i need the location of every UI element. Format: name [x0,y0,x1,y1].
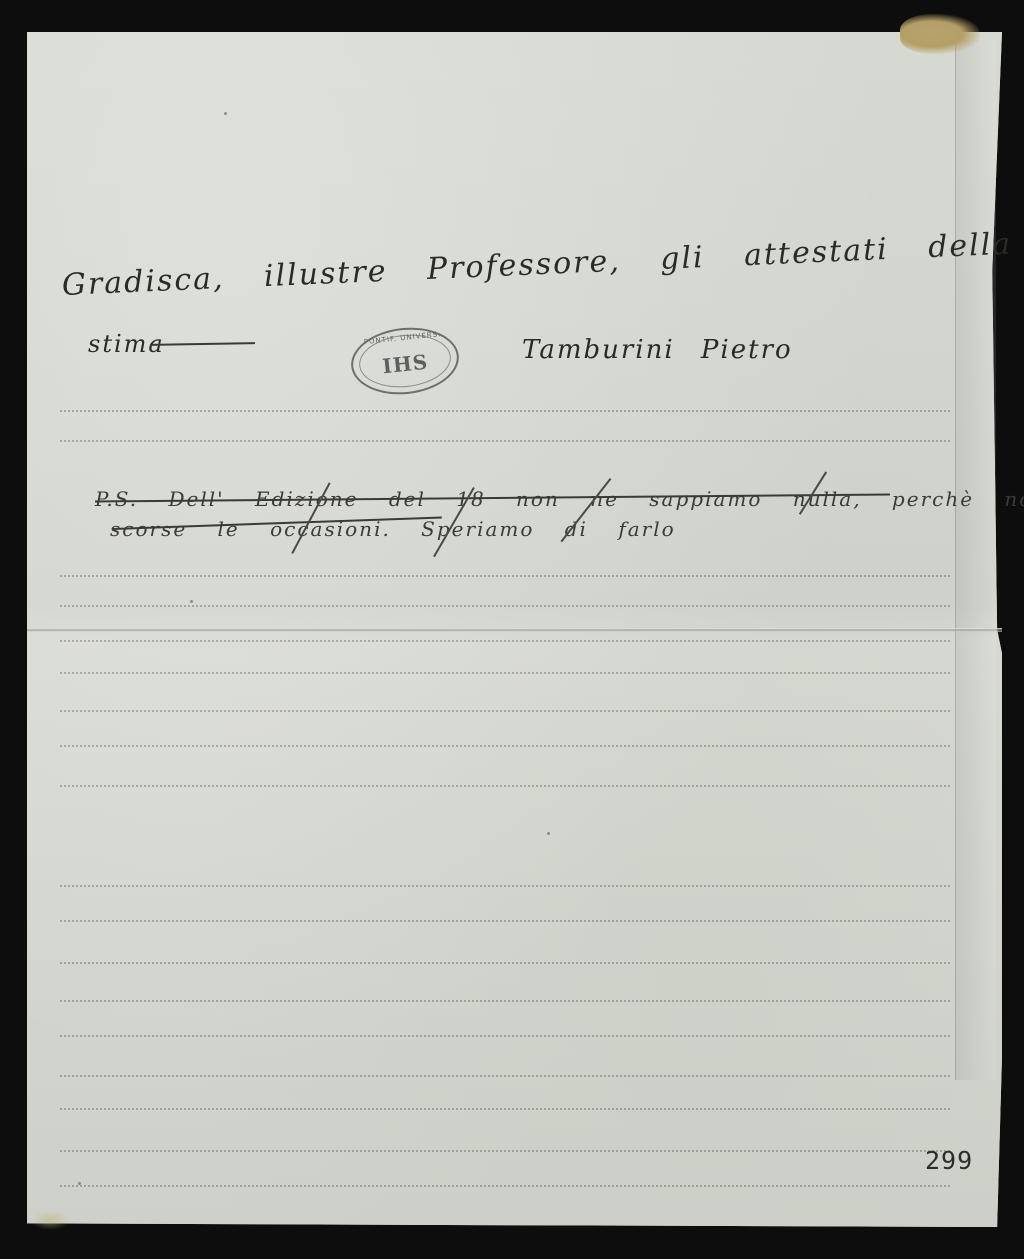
speck [547,832,550,835]
bleed-through-line [60,1000,950,1003]
bleed-through-line [60,640,950,643]
bleed-through-line [60,962,950,965]
bleed-through-line [60,710,950,713]
speck [224,112,227,115]
postscript-line-2: scorse le occasioni. Speriamo di farlo [110,517,676,541]
bleed-through-line [60,745,950,748]
bleed-through-line [60,605,950,608]
speck [78,1182,81,1185]
bleed-through-line [60,1075,950,1078]
bleed-through-line [60,575,950,578]
bleed-through-line [60,1108,950,1111]
signature: Tamburini Pietro [522,335,793,365]
lower-corner-stain [30,1210,70,1230]
speck [190,600,193,603]
bleed-through-line [60,885,950,888]
page-number: 299 [925,1146,973,1175]
bleed-through-line [60,1035,950,1038]
bleed-through-line [60,920,950,923]
corner-stain [900,14,980,54]
bleed-through-line [60,440,950,443]
bleed-through-line [60,785,950,788]
bleed-through-line [60,1150,950,1153]
bleed-through-line [60,410,950,413]
bleed-through-line [60,1185,950,1188]
horizontal-fold-line [27,628,1002,632]
folded-edge-strip [955,40,996,1080]
bleed-through-line [60,672,950,675]
